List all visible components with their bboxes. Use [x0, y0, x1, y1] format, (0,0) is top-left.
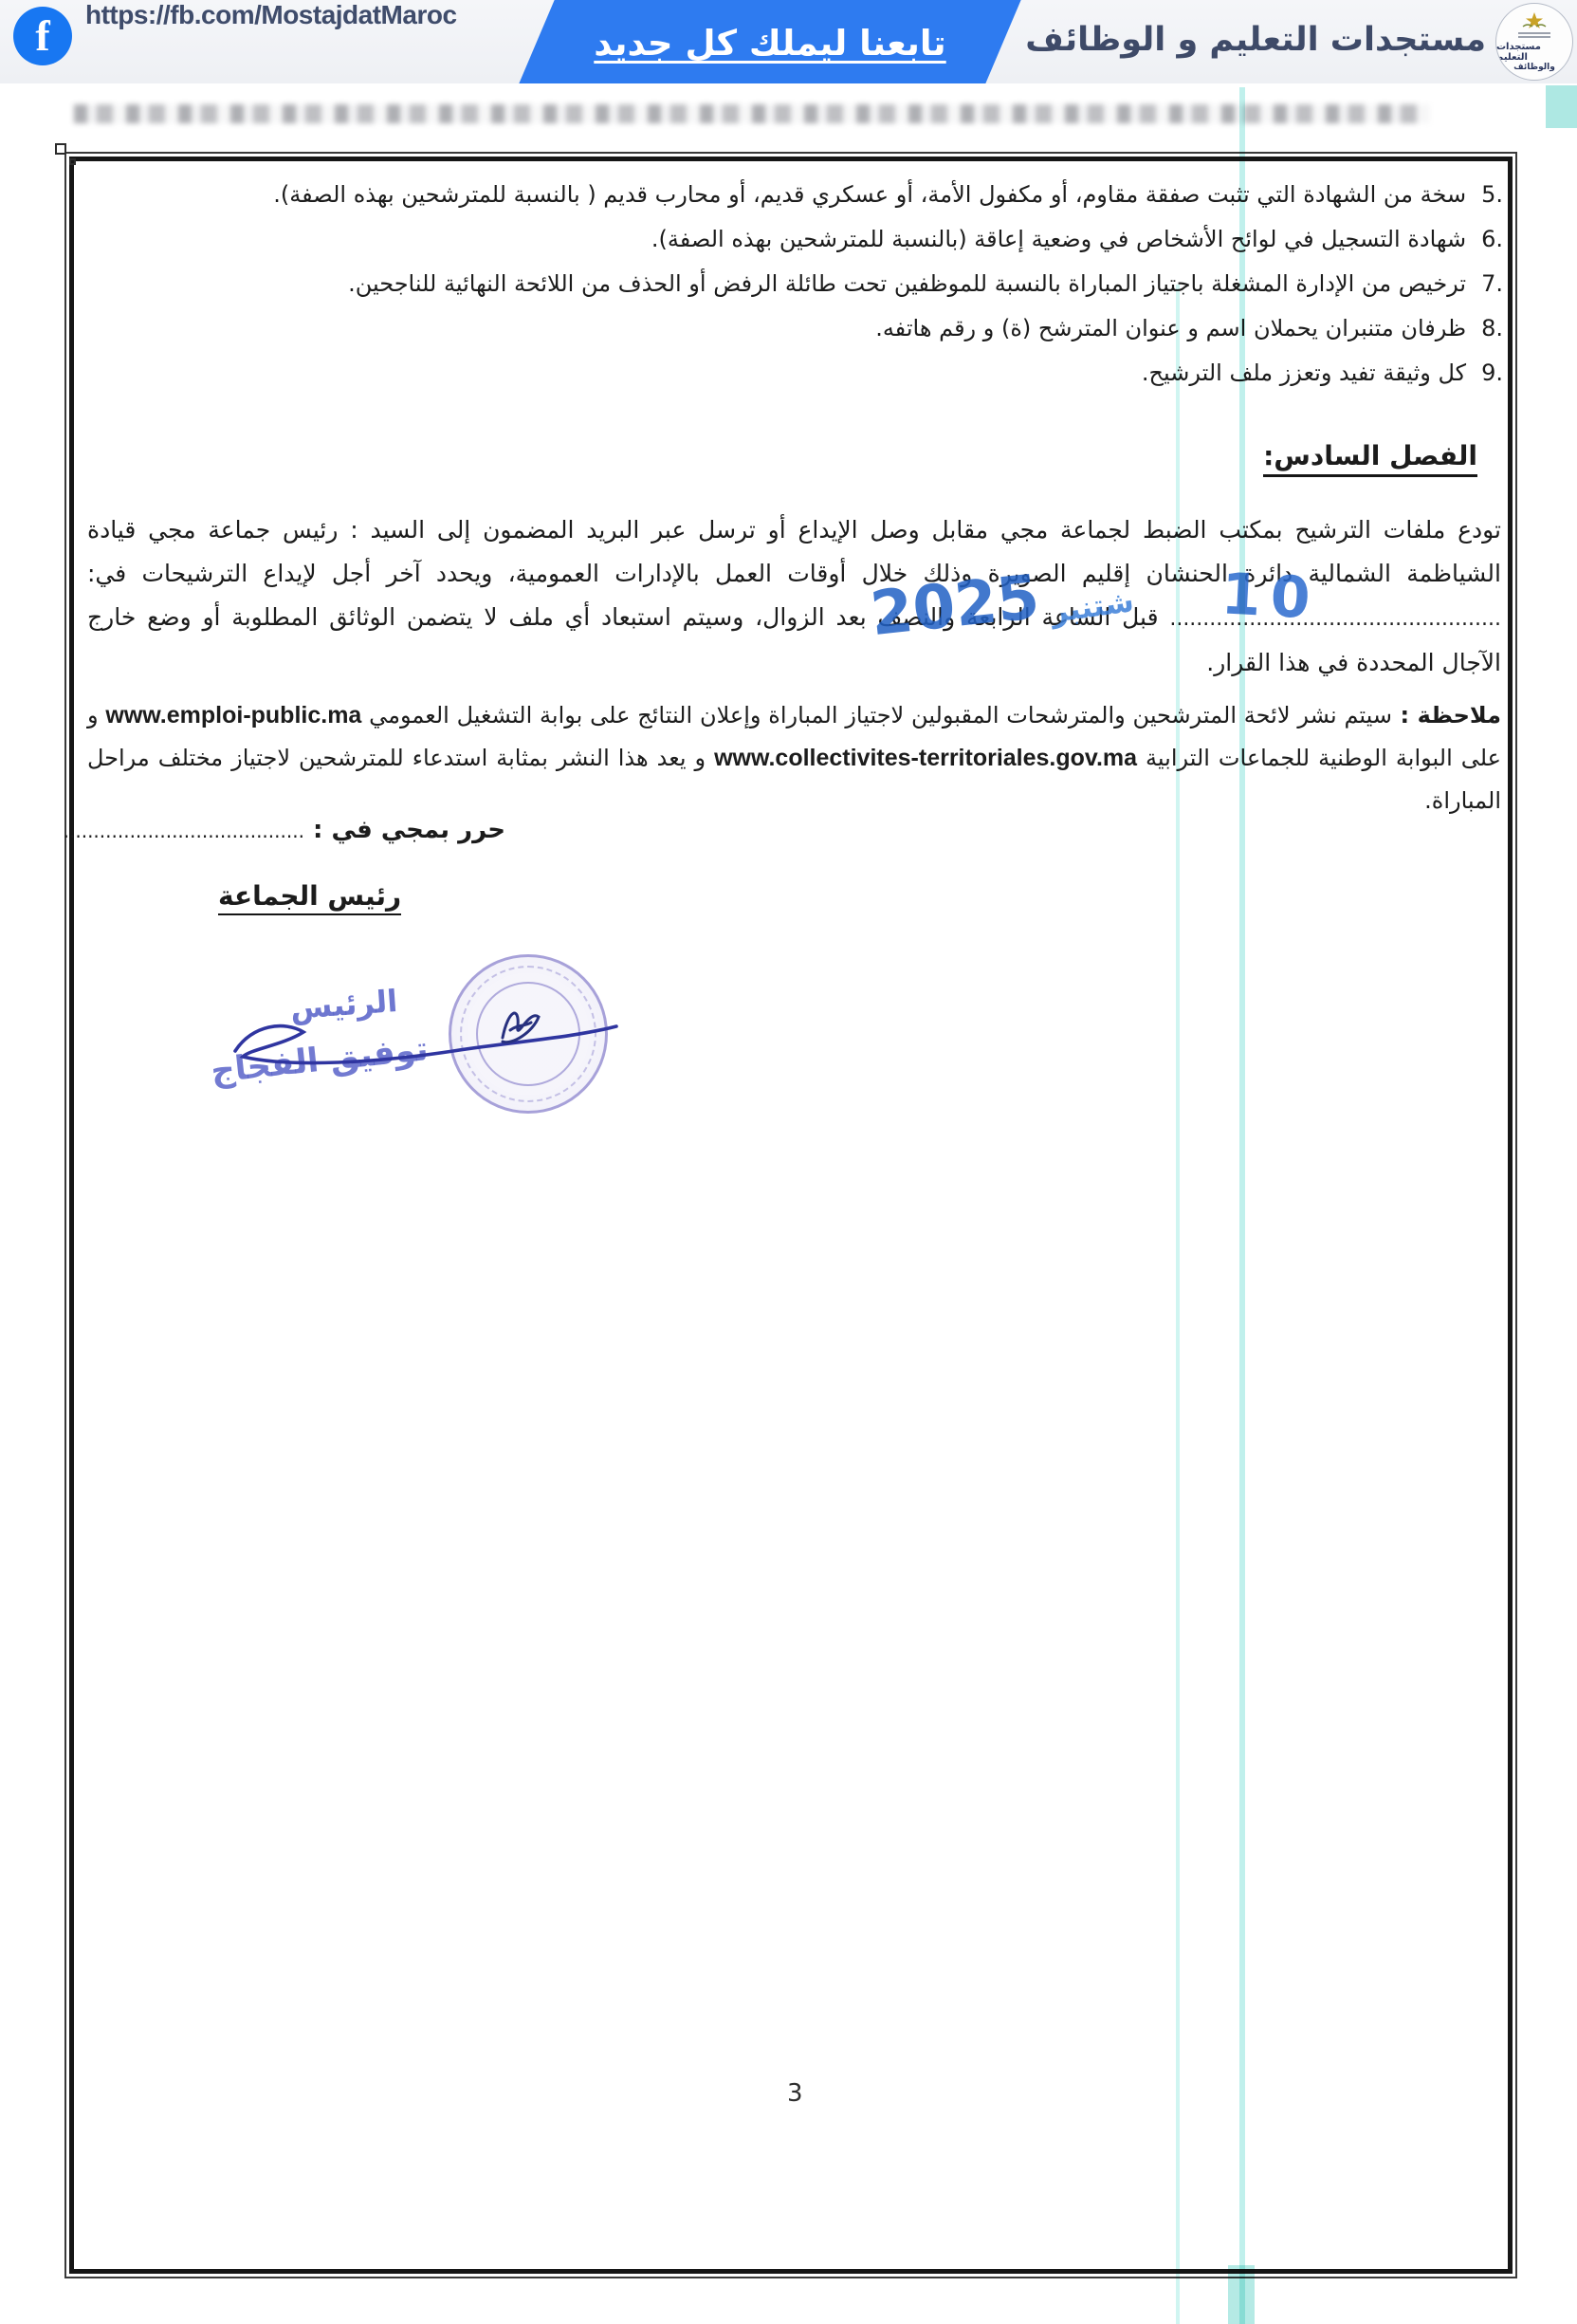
blank-dotted-line: ........................................…	[1169, 607, 1501, 631]
scan-artifact-strip	[1228, 2265, 1255, 2324]
brand-title: مستجدات التعليم و الوظائف	[1025, 21, 1486, 59]
list-item: 7.ترخيص من الإدارة المشغلة باجتياز المبا…	[87, 262, 1503, 306]
signature-stroke	[226, 996, 624, 1081]
list-item-text: ظرفان متنبران يحملان اسم و عنوان المترشح…	[875, 315, 1466, 341]
list-item-text: ترخيص من الإدارة المشغلة باجتياز المبارا…	[348, 270, 1466, 297]
list-item-text: شهادة التسجيل في لوائح الأشخاص في وضعية …	[651, 226, 1466, 252]
collectivites-territoriales-url[interactable]: www.collectivites-territoriales.gov.ma	[714, 745, 1137, 771]
header-banner: f https://fb.com/MostajdatMaroc تابعنا ل…	[0, 0, 1577, 83]
logo-text-line2: والوظائف	[1513, 63, 1555, 72]
list-item-number: 8.	[1481, 306, 1503, 351]
section-heading: الفصل السادس:	[1263, 440, 1477, 477]
scan-artifact-strip	[1546, 85, 1577, 128]
list-item-text: كل وثيقة تفيد وتعزز ملف الترشيح.	[1142, 360, 1466, 386]
list-item-number: 7.	[1481, 262, 1503, 306]
list-item: 8.ظرفان متنبران يحملان اسم و عنوان المتر…	[87, 306, 1503, 351]
page-number: 3	[787, 2079, 803, 2108]
list-item: 5.سخة من الشهادة التي تثبت صفقة مقاوم، أ…	[87, 173, 1503, 217]
list-item-number: 5.	[1481, 173, 1503, 217]
banner-text: تابعنا ليملك كل جديد	[527, 0, 1013, 83]
issued-label: حرر بمجي في :	[304, 816, 505, 844]
list-item: 9.كل وثيقة تفيد وتعزز ملف الترشيح.	[87, 351, 1503, 396]
crest-icon	[1520, 11, 1549, 30]
facebook-icon[interactable]: f	[13, 7, 72, 65]
scan-artifact-line	[1176, 285, 1180, 2324]
submission-paragraph: تودع ملفات الترشيح بمكتب الضبط لجماعة مج…	[87, 508, 1501, 685]
note-label: ملاحظة :	[1392, 702, 1501, 729]
list-item-text: سخة من الشهادة التي تثبت صفقة مقاوم، أو …	[273, 181, 1466, 208]
logo-fine-print	[1518, 30, 1550, 40]
issued-dotted-blank: ........................................	[64, 820, 304, 842]
logo-text-line1: مستجدات التعليم	[1496, 42, 1572, 63]
president-title: رئيس الجماعة	[218, 880, 401, 915]
signature-scribble	[491, 998, 552, 1051]
scanned-document: 5.سخة من الشهادة التي تثبت صفقة مقاوم، أ…	[0, 0, 1577, 2324]
note-paragraph: ملاحظة : سيتم نشر لائحة المترشحين والمتر…	[87, 694, 1501, 822]
list-item-number: 6.	[1481, 217, 1503, 262]
scan-artifact-line	[1239, 87, 1245, 2324]
facebook-url[interactable]: https://fb.com/MostajdatMaroc	[85, 0, 457, 83]
facebook-f-glyph: f	[13, 10, 72, 61]
list-item: 6.شهادة التسجيل في لوائح الأشخاص في وضعي…	[87, 217, 1503, 262]
paragraph-text: تودع ملفات الترشيح بمكتب الضبط لجماعة مج…	[87, 516, 1501, 587]
emploi-public-url[interactable]: www.emploi-public.ma	[105, 702, 361, 729]
note-text: سيتم نشر لائحة المترشحين والمترشحات المق…	[361, 702, 1392, 729]
requirements-list: 5.سخة من الشهادة التي تثبت صفقة مقاوم، أ…	[87, 173, 1503, 396]
list-item-number: 9.	[1481, 351, 1503, 396]
issued-at-line: حرر بمجي في : ..........................…	[140, 816, 505, 844]
brand-logo: مستجدات التعليم والوظائف	[1495, 3, 1573, 81]
